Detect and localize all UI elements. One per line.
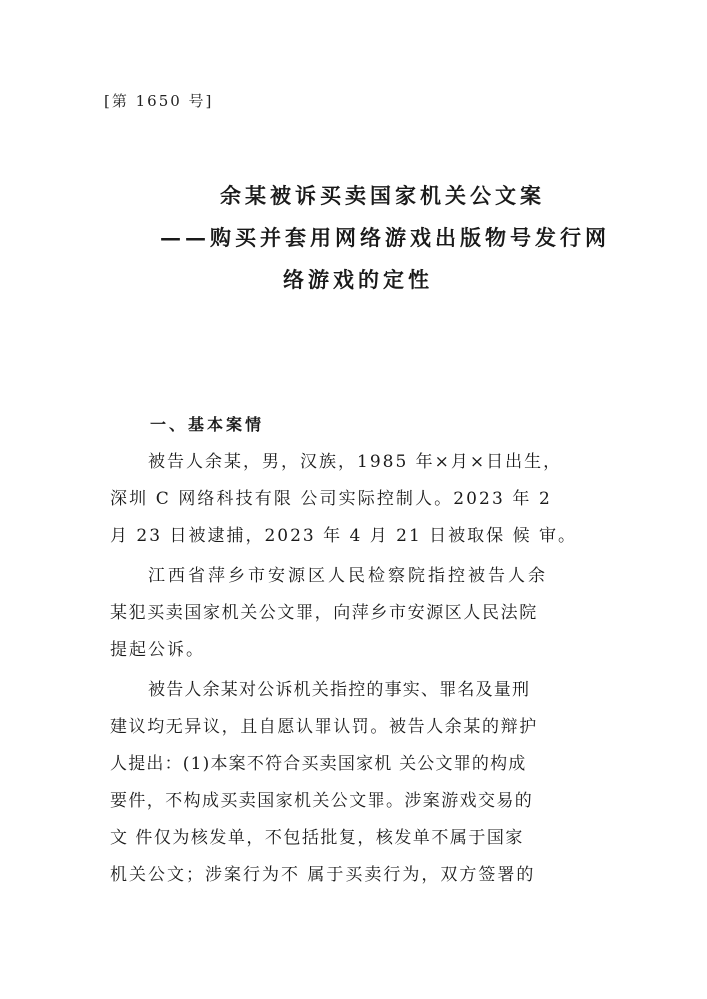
paragraph-line: 月 23 日被逮捕，2023 年 4 月 21 日被取保 候 审。: [110, 521, 577, 546]
title-line-3: 络游戏的定性: [283, 264, 433, 294]
paragraph-line: 被告人余某，男，汉族，1985 年×月×日出生，: [148, 447, 562, 472]
paragraph-line: 深圳 C 网络科技有限 公司实际控制人。2023 年 2: [110, 484, 552, 509]
paragraph-line: 某犯买卖国家机关公文罪，向萍乡市安源区人民法院: [110, 598, 538, 623]
section-heading: 一、基本案情: [150, 412, 264, 435]
paragraph-line: 文 件仅为核发单，不包括批复，核发单不属于国家: [110, 823, 524, 848]
document-page: [第 1650 号] 余某被诉买卖国家机关公文案 ——购买并套用网络游戏出版物号…: [0, 0, 707, 999]
title-line-2: ——购买并套用网络游戏出版物号发行网: [160, 222, 610, 252]
paragraph-line: 江西省萍乡市安源区人民检察院指控被告人余: [148, 561, 548, 586]
paragraph-line: 建议均无异议，且自愿认罪认罚。被告人余某的辩护: [110, 712, 538, 737]
paragraph-line: 被告人余某对公诉机关指控的事实、罪名及量刑: [148, 675, 530, 700]
title-line-1: 余某被诉买卖国家机关公文案: [220, 180, 545, 210]
paragraph-line: 要件，不构成买卖国家机关公文罪。涉案游戏交易的: [110, 786, 533, 811]
case-number: [第 1650 号]: [104, 90, 213, 111]
paragraph-line: 提起公诉。: [110, 635, 205, 660]
paragraph-line: 机关公文；涉案行为不 属于买卖行为，双方签署的: [110, 860, 535, 885]
paragraph-line: 人提出：(1)本案不符合买卖国家机 关公文罪的构成: [110, 749, 526, 774]
